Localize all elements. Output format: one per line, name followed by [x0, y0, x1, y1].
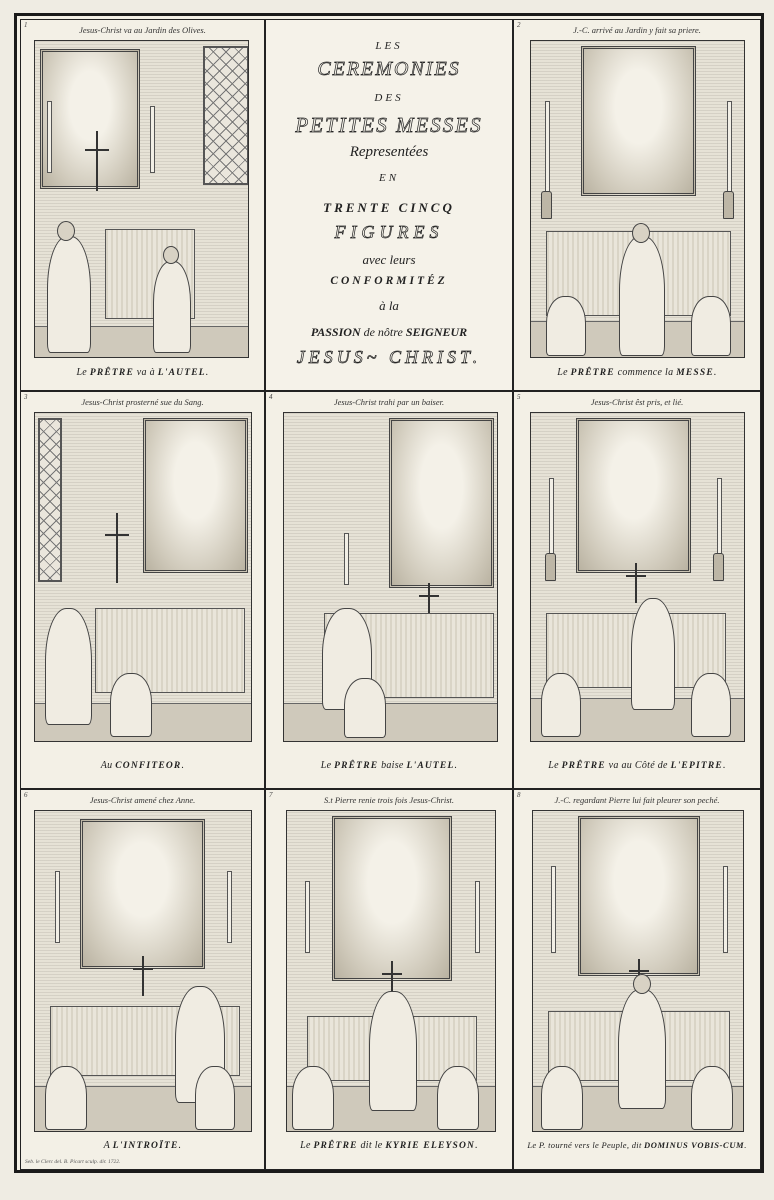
kneeling-server-left	[546, 296, 586, 356]
priest-figure	[369, 991, 417, 1111]
kneeling-server-right	[691, 1066, 733, 1130]
kneeling-server-left	[541, 1066, 583, 1130]
engraving-plate	[34, 810, 252, 1132]
panel-top-caption: Jesus-Christ êst pris, et lié.	[514, 397, 760, 407]
candle-icon	[150, 106, 155, 173]
window-icon	[38, 418, 62, 582]
engraving-plate	[34, 412, 252, 742]
server-head	[163, 246, 179, 264]
title-les: LES	[266, 40, 512, 52]
server-figure	[153, 261, 191, 353]
panel-top-caption: J.-C. regardant Pierre lui fait pleurer …	[514, 795, 760, 805]
priest-head	[632, 223, 650, 243]
window-icon	[203, 46, 249, 185]
title-petites-messes: PETITES MESSES	[266, 113, 512, 138]
title-conformitez: CONFORMITÉZ	[266, 275, 512, 287]
candle-icon	[305, 881, 310, 953]
panel-2: 2 J.-C. arrivé au Jardin y fait sa prier…	[513, 19, 761, 391]
panel-5: 5 Jesus-Christ êst pris, et lié. Le PRÊT…	[513, 391, 761, 789]
altar-step	[284, 703, 498, 742]
panel-bottom-caption: A L'INTROÏTE.	[21, 1140, 264, 1151]
painting-peter-denies-christ	[332, 816, 452, 981]
panel-bottom-caption: Le P. tourné vers le Peuple, dit DOMINUS…	[514, 1140, 760, 1151]
painting-christ-sweats-blood	[143, 418, 248, 573]
title-jesus-christ: JESUS~ CHRIST.	[266, 347, 512, 368]
title-passion-line: PASSION de nôtre SEIGNEUR	[266, 325, 512, 340]
painting-agony-in-garden	[581, 46, 696, 196]
panel-bottom-caption: Le PRÊTRE commence la MESSE.	[514, 367, 760, 378]
painting-christ-looks-at-peter	[578, 816, 700, 976]
cross-icon	[133, 956, 153, 996]
kneeling-server-right	[691, 296, 731, 356]
title-figures: FIGURES	[266, 222, 512, 243]
panel-top-caption: Jesus-Christ trahi par un baiser.	[266, 397, 512, 407]
engraving-plate	[34, 40, 249, 358]
candle-icon	[551, 866, 556, 953]
panel-top-caption: Jesus-Christ amené chez Anne.	[21, 795, 264, 805]
candle-icon	[344, 533, 349, 585]
engraving-plate	[530, 412, 745, 742]
candle-icon	[47, 101, 52, 173]
panel-bottom-caption: Le PRÊTRE va à L'AUTEL.	[21, 367, 264, 378]
kneeling-server-right	[691, 673, 731, 737]
engraving-plate	[283, 412, 498, 742]
engraving-sheet: 1 Jesus-Christ va au Jardin des Olives. …	[14, 13, 764, 1173]
engraving-plate	[286, 810, 496, 1132]
panel-bottom-caption: Le PRÊTRE dit le KYRIE ELEYSON.	[266, 1140, 512, 1151]
candle-icon	[55, 871, 60, 943]
cross-icon	[85, 131, 109, 191]
candle-icon	[475, 881, 480, 953]
priest-head	[57, 221, 75, 241]
candle-icon	[227, 871, 232, 943]
candle-icon	[549, 478, 554, 555]
bowing-priest	[45, 608, 92, 725]
candlestick-icon	[723, 191, 734, 219]
panel-3: 3 Jesus-Christ prosterné sue du Sang. Au…	[20, 391, 265, 789]
priest-facing-people	[618, 989, 666, 1109]
kneeling-server-left	[541, 673, 581, 737]
panel-6: 6 Jesus-Christ amené chez Anne. A L'INTR…	[20, 789, 265, 1170]
candle-icon	[727, 101, 732, 193]
priest-head	[633, 974, 651, 994]
title-avec-leurs: avec leurs	[266, 252, 512, 268]
panel-top-caption: S.t Pierre renie trois fois Jesus-Christ…	[266, 795, 512, 805]
candlestick-icon	[541, 191, 552, 219]
panel-bottom-caption: Le PRÊTRE va au Côté de L'EPITRE.	[514, 760, 760, 771]
painting-christ-before-annas	[80, 819, 205, 969]
priest-figure	[631, 598, 675, 710]
panel-1: 1 Jesus-Christ va au Jardin des Olives. …	[20, 19, 265, 391]
candle-icon	[717, 478, 722, 555]
candlestick-icon	[713, 553, 724, 581]
title-trente-cincq: TRENTE CINCQ	[266, 200, 512, 216]
candle-icon	[545, 101, 550, 193]
kneeling-server-left	[45, 1066, 87, 1130]
engraving-plate	[530, 40, 745, 358]
cross-icon	[105, 513, 129, 583]
title-representees: Representées	[266, 144, 512, 161]
kneeling-server	[344, 678, 386, 738]
panel-top-caption: Jesus-Christ va au Jardin des Olives.	[21, 25, 264, 35]
candlestick-icon	[545, 553, 556, 581]
priest-figure	[619, 236, 665, 356]
panel-top-caption: J.-C. arrivé au Jardin y fait sa priere.	[514, 25, 760, 35]
painting-christ-arrested	[576, 418, 691, 573]
kneeling-server-right	[437, 1066, 479, 1130]
panel-top-caption: Jesus-Christ prosterné sue du Sang.	[21, 397, 264, 407]
panel-bottom-caption: Au CONFITEOR.	[21, 760, 264, 771]
title-des: DES	[266, 92, 512, 104]
title-panel: LES CEREMONIES DES PETITES MESSES Repres…	[265, 19, 513, 391]
kneeling-server-left	[292, 1066, 334, 1130]
kneeling-server	[110, 673, 152, 737]
engraver-credit: Seb. le Clerc del. B. Picart sculp. dir.…	[25, 1159, 120, 1165]
kneeling-server-right	[195, 1066, 235, 1130]
candle-icon	[723, 866, 728, 953]
panel-8: 8 J.-C. regardant Pierre lui fait pleure…	[513, 789, 761, 1170]
title-en: EN	[266, 172, 512, 184]
title-a-la: à la	[266, 298, 512, 314]
panel-4: 4 Jesus-Christ trahi par un baiser. Le P…	[265, 391, 513, 789]
priest-figure	[47, 236, 91, 353]
engraving-plate	[532, 810, 744, 1132]
panel-7: 7 S.t Pierre renie trois fois Jesus-Chri…	[265, 789, 513, 1170]
panel-bottom-caption: Le PRÊTRE baise L'AUTEL.	[266, 760, 512, 771]
cross-icon	[626, 563, 646, 603]
title-ceremonies: CEREMONIES	[266, 58, 512, 81]
painting-kiss-of-judas	[389, 418, 494, 588]
